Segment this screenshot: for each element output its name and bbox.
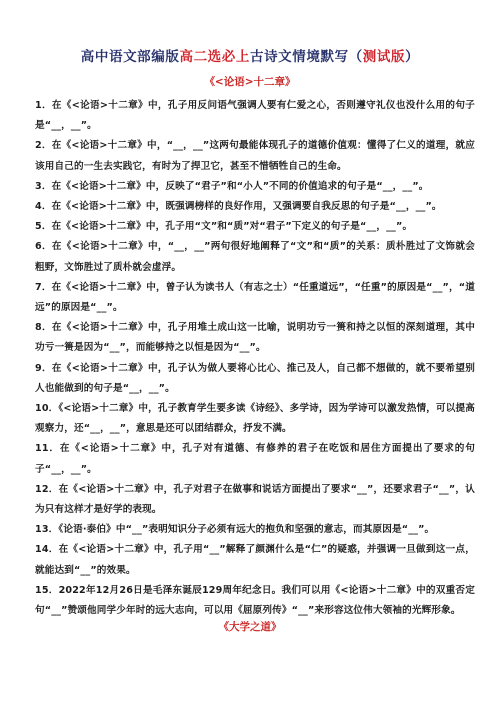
title-part-3: 古诗文情境默写（ bbox=[250, 49, 363, 65]
question-item: 6．在《<论语>十二章》中，“__，__”两句很好地阐释了“文”和“质”的关系：… bbox=[35, 237, 475, 277]
section-heading-lunyu: 《<论语>十二章》 bbox=[0, 74, 500, 90]
question-item: 14．在《<论语>十二章》中，孔子用“__”解释了颜渊什么是“仁”的疑惑，并强调… bbox=[35, 540, 475, 580]
title-part-1: 高中语文部编版 bbox=[81, 49, 180, 65]
question-item: 5．在《<论语>十二章》中，孔子用“文”和“质”对“君子”下定义的句子是“__，… bbox=[35, 217, 475, 237]
question-item: 4．在《<论语>十二章》中，既强调榜样的良好作用，又强调要自我反思的句子是“__… bbox=[35, 197, 475, 217]
question-item: 2．在《<论语>十二章》中，“__，__”这两句最能体现孔子的道德价值观：懂得了… bbox=[35, 136, 475, 176]
question-item: 9．在《<论语>十二章》中，孔子认为做人要将心比心、推己及人，自己都不想做的，就… bbox=[35, 359, 475, 399]
question-item: 12．在《<论语>十二章》中，孔子对君子在做事和说话方面提出了要求“__”，还要… bbox=[35, 480, 475, 520]
title-part-5: ） bbox=[405, 49, 419, 65]
question-item: 13．《论语·泰伯》中“__”表明知识分子必须有远大的抱负和坚强的意志，而其原因… bbox=[35, 520, 475, 540]
question-item: 3．在《<论语>十二章》中，反映了“君子”和“小人”不同的价值追求的句子是“__… bbox=[35, 177, 475, 197]
title-part-2: 高二选必上 bbox=[179, 49, 250, 65]
document-title: 高中语文部编版高二选必上古诗文情境默写（测试版） bbox=[0, 47, 500, 67]
question-item: 1．在《<论语>十二章》中，孔子用反问语气强调人要有仁爱之心，否则遵守礼仪也没什… bbox=[35, 96, 475, 136]
question-item: 15．2022年12月26日是毛泽东诞辰129周年纪念日。我们可以用《<论语>十… bbox=[35, 581, 475, 621]
title-part-4: 测试版 bbox=[363, 49, 405, 65]
question-list: 1．在《<论语>十二章》中，孔子用反问语气强调人要有仁爱之心，否则遵守礼仪也没什… bbox=[35, 96, 475, 621]
question-item: 11．在《<论语>十二章》中，孔子对有道德、有修养的君子在吃饭和居住方面提出了要… bbox=[35, 439, 475, 479]
question-item: 8．在《<论语>十二章》中，孔子用堆土成山这一比喻，说明功亏一篑和持之以恒的深刻… bbox=[35, 318, 475, 358]
section-heading-daxue: 《大学之道》 bbox=[0, 619, 500, 635]
question-item: 10．《<论语>十二章》中，孔子教育学生要多读《诗经》、多学诗，因为学诗可以激发… bbox=[35, 399, 475, 439]
question-item: 7．在《<论语>十二章》中，曾子认为读书人（有志之士）“任重道远”，“任重”的原… bbox=[35, 278, 475, 318]
